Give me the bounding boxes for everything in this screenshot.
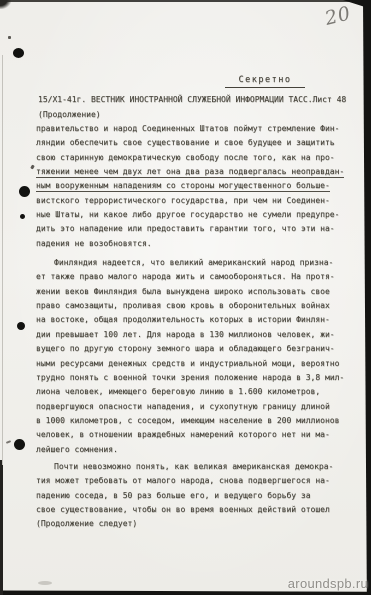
scan-edge-left xyxy=(0,460,3,595)
document-line: ет также право малого народа жить и само… xyxy=(36,272,350,286)
scanned-document-page: 20 Секретно 15/Х1-41г. ВЕСТНИК ИНОСТРАНН… xyxy=(0,0,371,595)
document-line: ные Штаты, ни какое либо другое государс… xyxy=(36,210,350,224)
document-line: тяжении менее чем двух лет она два раза … xyxy=(36,167,350,181)
scan-edge-top xyxy=(0,0,371,2)
punch-hole xyxy=(13,48,24,58)
document-line: свое существование, чтобы он во время во… xyxy=(36,505,350,519)
document-line: лейшего сомнения. xyxy=(36,445,350,459)
document-line: ным вооруженным нападениям со стороны мо… xyxy=(36,181,350,195)
paper-smudge xyxy=(38,581,52,585)
punch-hole xyxy=(17,322,25,330)
document-line: право самозащиты, проливая свою кровь в … xyxy=(36,301,350,315)
document-line: (Продолжение следует) xyxy=(36,519,350,533)
ink-speck xyxy=(30,165,35,170)
document-line: в 1000 километров, с соседом, имеющим на… xyxy=(36,416,350,430)
document-line: вистского террористического государства,… xyxy=(36,196,350,210)
paragraph: Почти невозможно понять, как великая аме… xyxy=(36,462,350,534)
document-line: правительство и народ Соединенных Штатов… xyxy=(36,124,350,138)
document-line: свою старинную демократическую свободу п… xyxy=(36,153,350,167)
document-line: тия может требовать от малого народа, сн… xyxy=(36,476,350,490)
paragraph: Финляндия надеется, что великий американ… xyxy=(36,258,350,459)
watermark: aroundspb.ru xyxy=(288,576,368,591)
continuation-note: (Продолжение) xyxy=(38,110,101,119)
classification-label: Секретно xyxy=(225,75,305,88)
ink-speck xyxy=(6,440,11,444)
document-line: трудно понять с военной точки зрения пол… xyxy=(36,373,350,387)
document-line: дить это нападение или предоставить гара… xyxy=(36,224,350,238)
scan-edge-right xyxy=(363,0,371,595)
document-line: лиона человек, имеющего береговую линию … xyxy=(36,387,350,401)
document-line: подвергшуюся опасности нападения, и сухо… xyxy=(36,402,350,416)
document-line: Финляндия надеется, что великий американ… xyxy=(36,258,350,272)
handwritten-page-number: 20 xyxy=(323,2,354,30)
bulletin-header-line: 15/Х1-41г. ВЕСТНИК ИНОСТРАННОЙ СЛУЖЕБНОЙ… xyxy=(38,95,346,104)
document-line: Почти невозможно понять, как великая аме… xyxy=(36,462,350,476)
document-line: ными ресурсами денежных средств и индуст… xyxy=(36,359,350,373)
document-line: падению соседа, в 50 раз больше его, и в… xyxy=(36,491,350,505)
punch-hole-small xyxy=(20,214,25,219)
scan-corner-top-left xyxy=(0,0,11,9)
punch-hole xyxy=(14,439,25,450)
document-line: ляндии обеспечить свое существование и с… xyxy=(36,138,350,152)
document-body: правительство и народ Соединенных Штатов… xyxy=(36,124,350,534)
ink-speck xyxy=(8,36,11,39)
document-line: на востоке, общая продолжительность кото… xyxy=(36,315,350,329)
document-line: человек, в отношении враждебных намерени… xyxy=(36,430,350,444)
document-line: вущего по другую сторону земного шара и … xyxy=(36,344,350,358)
document-line: падения не возобновятся. xyxy=(36,239,350,253)
scan-edge-left-faint xyxy=(2,55,3,465)
document-line: жении веков Финляндия была вынуждена шир… xyxy=(36,287,350,301)
punch-hole xyxy=(19,186,30,197)
paragraph: правительство и народ Соединенных Штатов… xyxy=(36,124,350,253)
document-line: дии превышает 100 лет. Для народа в 130 … xyxy=(36,330,350,344)
